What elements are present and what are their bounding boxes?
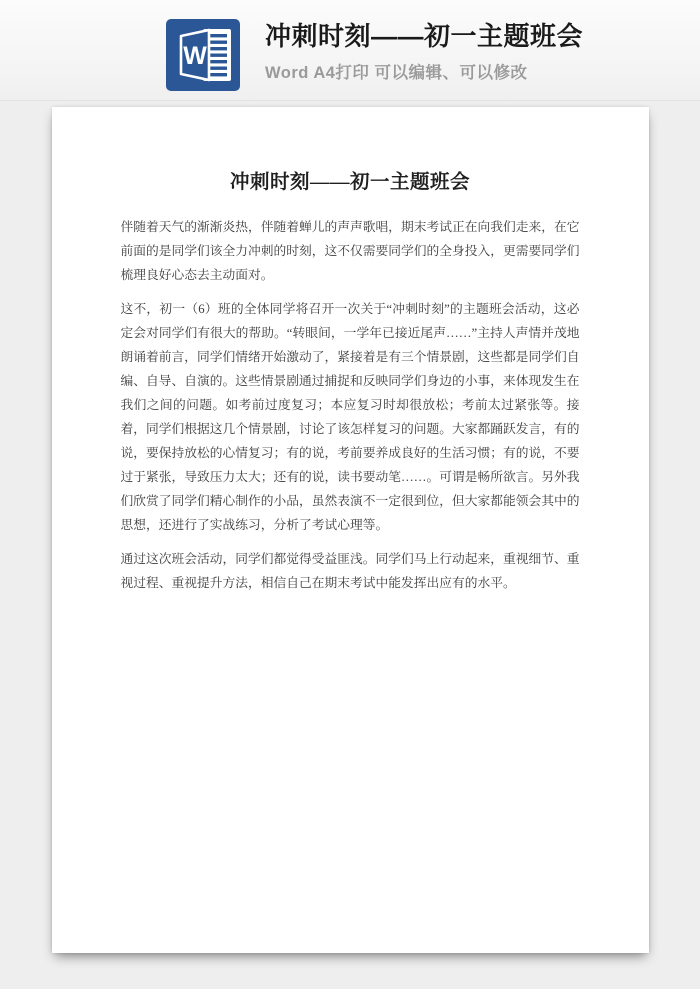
word-icon: W — [166, 19, 240, 91]
document-paragraph: 伴随着天气的渐渐炎热，伴随着蝉儿的声声歌唱，期末考试正在向我们走来，在它前面的是… — [121, 215, 580, 287]
a4-document-page: 冲刺时刻——初一主题班会 伴随着天气的渐渐炎热，伴随着蝉儿的声声歌唱，期末考试正… — [52, 107, 649, 953]
document-paragraph: 通过这次班会活动，同学们都觉得受益匪浅。同学们马上行动起来，重视细节、重视过程、… — [121, 547, 580, 595]
header-text-block: 冲刺时刻——初一主题班会 Word A4打印 可以编辑、可以修改 — [265, 21, 583, 83]
template-title: 冲刺时刻——初一主题班会 — [265, 21, 583, 51]
preview-canvas: 冲刺时刻——初一主题班会 伴随着天气的渐渐炎热，伴随着蝉儿的声声歌唱，期末考试正… — [0, 101, 700, 989]
document-title: 冲刺时刻——初一主题班会 — [121, 107, 580, 197]
template-subtitle: Word A4打印 可以编辑、可以修改 — [265, 59, 583, 83]
document-paragraph: 这不，初一（6）班的全体同学将召开一次关于“冲刺时刻”的主题班会活动，这必定会对… — [121, 297, 580, 537]
site-header: W 冲刺时刻——初一主题班会 Word A4打印 可以编辑、可以修改 — [0, 0, 700, 101]
word-icon-letter: W — [183, 42, 207, 70]
